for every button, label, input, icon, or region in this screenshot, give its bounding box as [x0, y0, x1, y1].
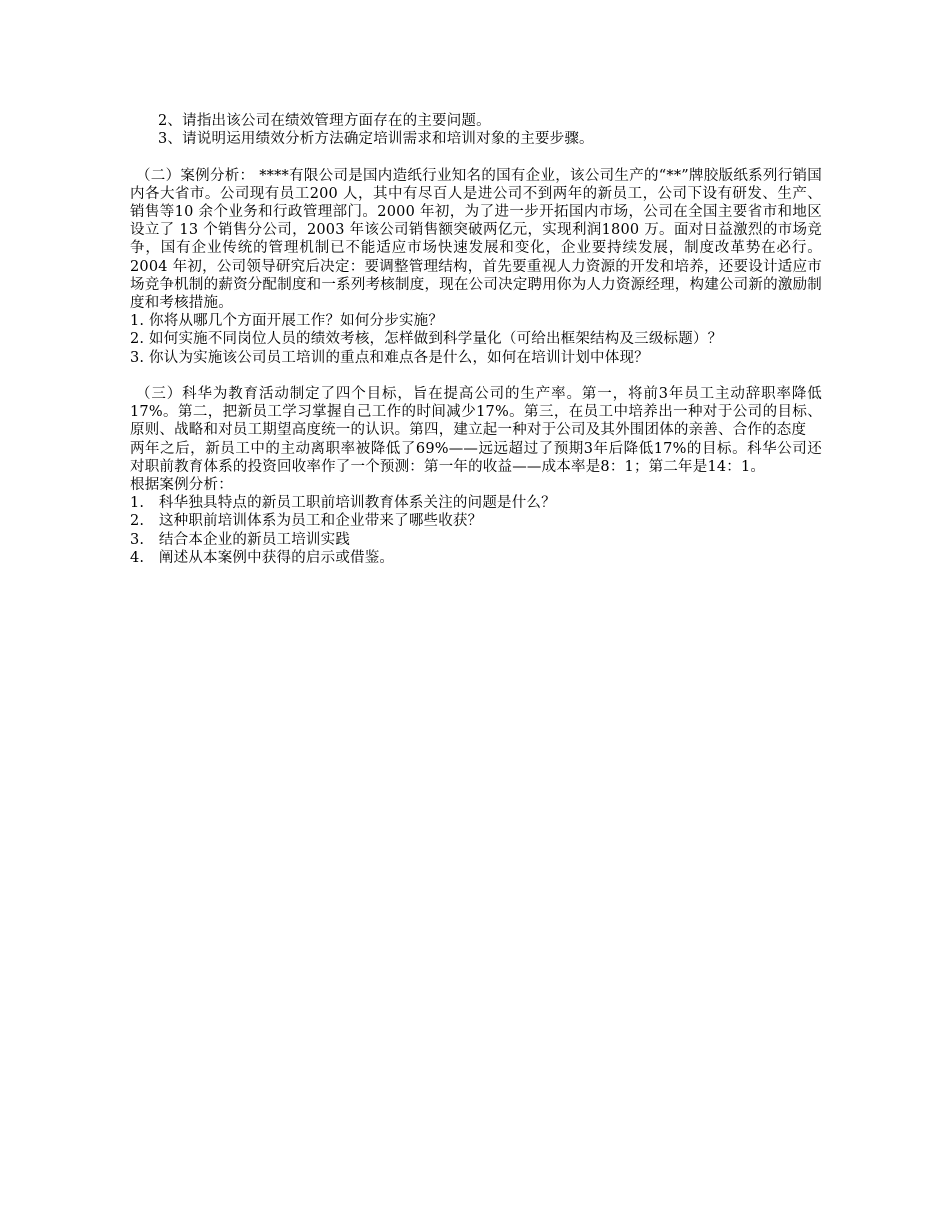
section-three-question-2: 2. 这种职前培训体系为员工和企业带来了哪些收获？ — [130, 512, 822, 530]
document-page: 2、请指出该公司在绩效管理方面存在的主要问题。 3、请说明运用绩效分析方法确定培… — [130, 112, 822, 567]
section-three-results-paragraph: 两年之后，新员工中的主动离职率被降低了69%——远远超过了预期3年后降低17%的… — [130, 440, 822, 476]
section-three-analysis-heading: 根据案例分析： — [130, 476, 822, 494]
section-two-question-1: 1. 你将从哪几个方面开展工作？如何分步实施？ — [130, 312, 822, 330]
section-three-question-1: 1. 科华独具特点的新员工职前培训教育体系关注的问题是什么？ — [130, 494, 822, 512]
section-three-goals-paragraph: （三）科华为教育活动制定了四个目标，旨在提高公司的生产率。第一，将前3年员工主动… — [130, 385, 822, 440]
section-two-question-2: 2. 如何实施不同岗位人员的绩效考核，怎样做到科学量化（可给出框架结构及三级标题… — [130, 330, 822, 348]
section-three-question-4: 4. 阐述从本案例中获得的启示或借鉴。 — [130, 549, 822, 567]
intro-question-3: 3、请说明运用绩效分析方法确定培训需求和培训对象的主要步骤。 — [130, 130, 822, 148]
blank-line — [130, 148, 822, 166]
section-two-question-3: 3. 你认为实施该公司员工培训的重点和难点各是什么，如何在培训计划中体现？ — [130, 349, 822, 367]
intro-question-2: 2、请指出该公司在绩效管理方面存在的主要问题。 — [130, 112, 822, 130]
blank-line — [130, 367, 822, 385]
section-two-case-paragraph: （二）案例分析： ****有限公司是国内造纸行业知名的国有企业，该公司生产的“*… — [130, 167, 822, 313]
section-three-question-3: 3. 结合本企业的新员工培训实践 — [130, 531, 822, 549]
